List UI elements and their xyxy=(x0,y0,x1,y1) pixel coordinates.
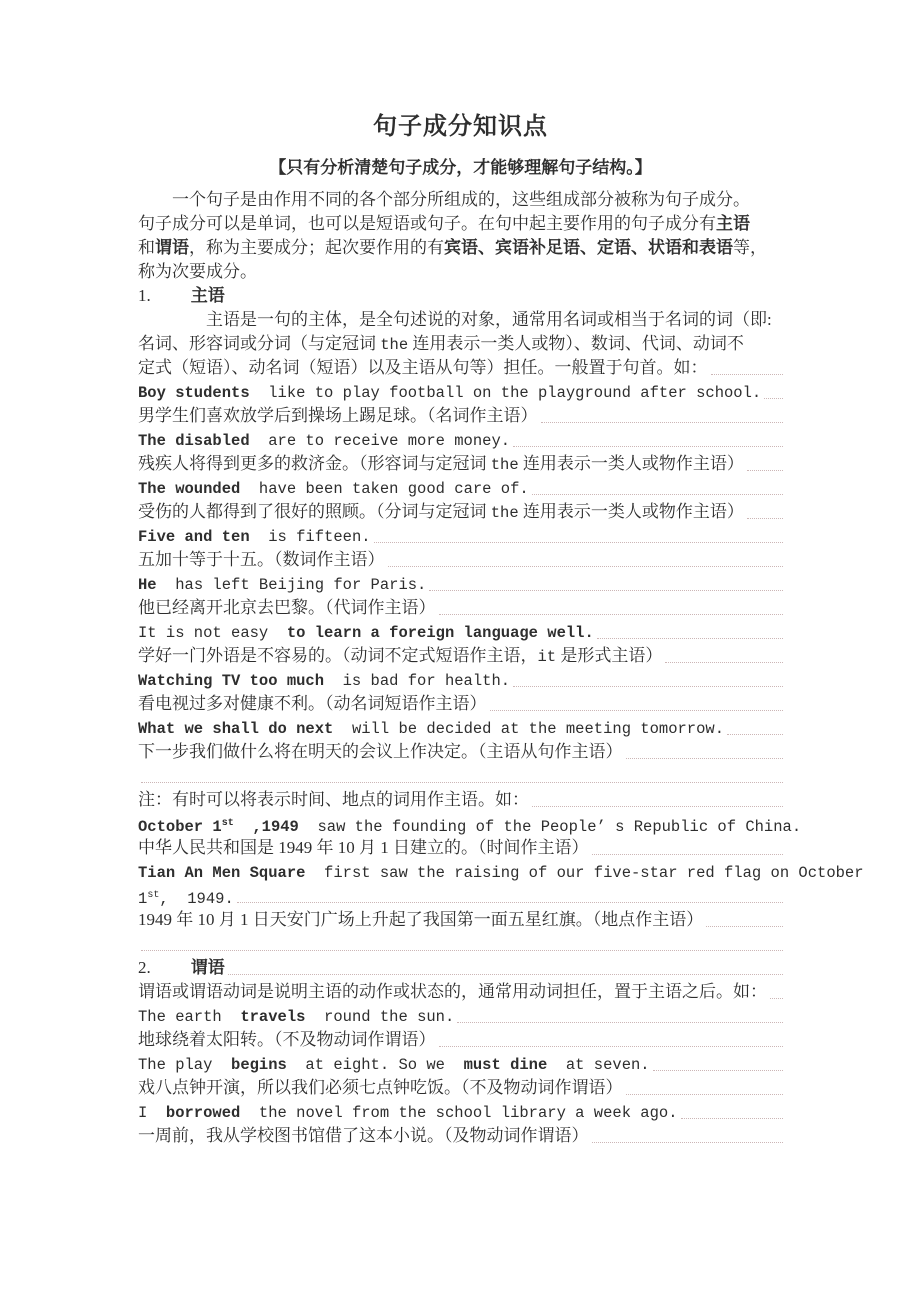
text-run: will be decided at the meeting tomorrow. xyxy=(333,720,724,738)
line-text: I borrowed the novel from the school lib… xyxy=(138,1100,678,1124)
document-page: 句子成分知识点【只有分析清楚句子成分，才能够理解句子结构。】一个句子是由作用不同… xyxy=(0,0,920,1302)
text-run: 注：有时可以将表示时间、地点的词用作主语。如： xyxy=(138,790,529,809)
text-run: , 1949. xyxy=(159,890,233,908)
line-text: 和谓语，称为主要成分；起次要作用的有宾语、宾语补足语、定语、状语和表语等， xyxy=(138,236,767,260)
text-run: 受伤的人都得到了很好的照顾。（分词与定冠词 xyxy=(138,502,491,521)
text-run: borrowed xyxy=(166,1104,240,1122)
text-run: begins xyxy=(231,1056,287,1074)
intro-paragraph-line: 句子成分可以是单词，也可以是短语或句子。在句中起主要作用的句子成分有主语 xyxy=(138,212,783,236)
translation-line: 地球绕着太阳转。（不及物动词作谓语） xyxy=(138,1028,783,1052)
text-run: 名词、形容词或分词（与定冠词 xyxy=(138,334,380,353)
line-text: 一周前，我从学校图书馆借了这本小说。（及物动词作谓语） xyxy=(138,1124,589,1148)
line-text: 1st, 1949. xyxy=(138,884,234,908)
intro-paragraph-line: 和谓语，称为主要成分；起次要作用的有宾语、宾语补足语、定语、状语和表语等， xyxy=(138,236,783,260)
text-run: is bad for health. xyxy=(324,672,510,690)
text-run: 谓语或谓语动词是说明主语的动作或状态的，通常用动词担任，置于主语之后。如： xyxy=(138,982,767,1001)
line-text: 学好一门外语是不容易的。（动词不定式短语作主语，it 是形式主语） xyxy=(138,644,662,668)
text-run: 戏八点钟开演，所以我们必须七点钟吃饭。（不及物动词作谓语） xyxy=(138,1078,623,1097)
text-run: round the sun. xyxy=(305,1008,454,1026)
text-run: 主语是一句的主体，是全句述说的对象，通常用名词或相当于名词的词（即: xyxy=(206,310,772,329)
text-run: 和 xyxy=(138,238,155,257)
dotted-underline xyxy=(727,734,783,735)
dotted-underline xyxy=(747,518,783,519)
definition-line: 名词、形容词或分词（与定冠词 the 连用表示一类人或物）、数词、代词、动词不 xyxy=(138,332,783,356)
text-run: The disabled xyxy=(138,432,250,450)
text-run: 连用表示一类人或物作主语） xyxy=(519,454,744,473)
dotted-underline xyxy=(541,422,784,423)
text-run: st xyxy=(147,890,159,901)
line-text: 五加十等于十五。（数词作主语） xyxy=(138,548,385,572)
dotted-underline xyxy=(429,590,783,591)
text-run: 主语 xyxy=(191,286,225,305)
text-run: ，称为主要成分；起次要作用的有 xyxy=(189,238,444,257)
intro-paragraph-line: 称为次要成分。 xyxy=(138,260,783,284)
text-run: He xyxy=(138,576,157,594)
line-text: 受伤的人都得到了很好的照顾。（分词与定冠词 the 连用表示一类人或物作主语） xyxy=(138,500,744,524)
line-text: 地球绕着太阳转。（不及物动词作谓语） xyxy=(138,1028,436,1052)
dotted-underline xyxy=(665,662,783,663)
text-run: have been taken good care of. xyxy=(240,480,528,498)
line-text: 看电视过多对健康不利。（动名词短语作主语） xyxy=(138,692,487,716)
dotted-underline xyxy=(747,470,783,471)
text-run: 看电视过多对健康不利。（动名词短语作主语） xyxy=(138,694,487,713)
example-sentence: Tian An Men Square first saw the raising… xyxy=(138,860,783,884)
dotted-underline xyxy=(681,1118,784,1119)
text-run: 定式（短语）、动名词（短语）以及主语从句等）担任。一般置于句首。如： xyxy=(138,358,708,377)
line-text: 称为次要成分。 xyxy=(138,260,257,284)
translation-line: 残疾人将得到更多的救济金。（形容词与定冠词 the 连用表示一类人或物作主语） xyxy=(138,452,783,476)
line-text: 句子成分可以是单词，也可以是短语或句子。在句中起主要作用的句子成分有主语 xyxy=(138,212,750,236)
line-text: October 1st ,1949 saw the founding of th… xyxy=(138,812,801,836)
example-sentence: The wounded have been taken good care of… xyxy=(138,476,783,500)
line-text: 2. 谓语 xyxy=(138,956,225,980)
line-text: Boy students like to play football on th… xyxy=(138,380,761,404)
dotted-underline xyxy=(141,782,783,783)
line-text: The wounded have been taken good care of… xyxy=(138,476,529,500)
translation-line: 他已经离开北京去巴黎。（代词作主语） xyxy=(138,596,783,620)
dotted-underline xyxy=(592,1142,784,1143)
dotted-underline xyxy=(513,446,783,447)
line-text: 一个句子是由作用不同的各个部分所组成的，这些组成部分被称为句子成分。 xyxy=(138,188,750,212)
dotted-underline xyxy=(597,638,783,639)
line-text: 下一步我们做什么将在明天的会议上作决定。（主语从句作主语） xyxy=(138,740,623,764)
example-sentence: Watching TV too much is bad for health. xyxy=(138,668,783,692)
translation-line: 下一步我们做什么将在明天的会议上作决定。（主语从句作主语） xyxy=(138,740,783,764)
example-sentence: He has left Beijing for Paris. xyxy=(138,572,783,596)
text-run: 等， xyxy=(733,238,767,257)
text-run: has left Beijing for Paris. xyxy=(157,576,427,594)
text-run: 1949 年 10 月 1 日天安门广场上升起了我国第一面五星红旗。（地点作主语… xyxy=(138,910,703,929)
dotted-underline xyxy=(626,758,784,759)
text-run: 连用表示一类人或物）、数词、代词、动词不 xyxy=(408,334,744,353)
text-run: are to receive more money. xyxy=(250,432,510,450)
text-run: it xyxy=(538,648,557,666)
line-text: 名词、形容词或分词（与定冠词 the 连用表示一类人或物）、数词、代词、动词不 xyxy=(138,332,744,356)
text-run: travels xyxy=(240,1008,305,1026)
text-run: What we shall do next xyxy=(138,720,333,738)
section-2-heading: 2. 谓语 xyxy=(138,956,783,980)
text-run: 残疾人将得到更多的救济金。（形容词与定冠词 xyxy=(138,454,491,473)
translation-line: 中华人民共和国是 1949 年 10 月 1 日建立的。（时间作主语） xyxy=(138,836,783,860)
example-sentence: 1st, 1949. xyxy=(138,884,783,908)
text-run: 句子成分知识点 xyxy=(373,113,548,140)
intro-paragraph-line: 一个句子是由作用不同的各个部分所组成的，这些组成部分被称为句子成分。 xyxy=(138,188,783,212)
translation-line: 看电视过多对健康不利。（动名词短语作主语） xyxy=(138,692,783,716)
definition-line: 主语是一句的主体，是全句述说的对象，通常用名词或相当于名词的词（即: xyxy=(138,308,783,332)
dotted-underline xyxy=(764,398,783,399)
document-body: 句子成分知识点【只有分析清楚句子成分，才能够理解句子结构。】一个句子是由作用不同… xyxy=(138,106,783,1148)
dotted-underline xyxy=(711,374,784,375)
text-run: 五加十等于十五。（数词作主语） xyxy=(138,550,385,569)
blank-line xyxy=(138,932,783,956)
dotted-underline xyxy=(626,1094,784,1095)
text-run: the xyxy=(380,336,408,354)
dotted-underline xyxy=(532,494,783,495)
text-run: 称为次要成分。 xyxy=(138,262,257,281)
text-run: 他已经离开北京去巴黎。（代词作主语） xyxy=(138,598,436,617)
translation-line: 学好一门外语是不容易的。（动词不定式短语作主语，it 是形式主语） xyxy=(138,644,783,668)
text-run: to learn a foreign language well. xyxy=(287,624,594,642)
text-run: 学好一门外语是不容易的。（动词不定式短语作主语， xyxy=(138,646,538,665)
text-run: Five and ten xyxy=(138,528,250,546)
text-run: 连用表示一类人或物作主语） xyxy=(519,502,744,521)
line-text: The play begins at eight. So we must din… xyxy=(138,1052,650,1076)
line-text: Watching TV too much is bad for health. xyxy=(138,668,510,692)
line-text: What we shall do next will be decided at… xyxy=(138,716,724,740)
dotted-underline xyxy=(532,806,783,807)
dotted-underline xyxy=(706,926,783,927)
line-text: 1. 主语 xyxy=(138,284,225,308)
blank-line xyxy=(138,764,783,788)
dotted-underline xyxy=(513,686,783,687)
line-text: It is not easy to learn a foreign langua… xyxy=(138,620,594,644)
dotted-underline xyxy=(490,710,784,711)
tab-spacer xyxy=(151,284,191,308)
line-text: 他已经离开北京去巴黎。（代词作主语） xyxy=(138,596,436,620)
text-run: must dine xyxy=(464,1056,548,1074)
text-run: Boy students xyxy=(138,384,250,402)
text-run: 主语 xyxy=(716,214,750,233)
text-run: 2. xyxy=(138,958,151,977)
dotted-underline xyxy=(237,902,783,903)
dotted-underline xyxy=(592,854,784,855)
line-text: The earth travels round the sun. xyxy=(138,1004,454,1028)
text-run: is fifteen. xyxy=(250,528,371,546)
line-text: 主语是一句的主体，是全句述说的对象，通常用名词或相当于名词的词（即: xyxy=(138,308,772,332)
example-sentence: The disabled are to receive more money. xyxy=(138,428,783,452)
translation-line: 男学生们喜欢放学后到操场上踢足球。（名词作主语） xyxy=(138,404,783,428)
line-text: 注：有时可以将表示时间、地点的词用作主语。如： xyxy=(138,788,529,812)
definition-line: 谓语或谓语动词是说明主语的动作或状态的，通常用动词担任，置于主语之后。如： xyxy=(138,980,783,1004)
dotted-underline xyxy=(141,950,783,951)
dotted-underline xyxy=(457,1022,783,1023)
note-line: 注：有时可以将表示时间、地点的词用作主语。如： xyxy=(138,788,783,812)
text-run: It is not easy xyxy=(138,624,287,642)
text-run: 地球绕着太阳转。（不及物动词作谓语） xyxy=(138,1030,436,1049)
text-run: 谓语 xyxy=(191,958,225,977)
text-run: 1. xyxy=(138,286,151,305)
text-run: I xyxy=(138,1104,166,1122)
line-text: He has left Beijing for Paris. xyxy=(138,572,426,596)
translation-line: 五加十等于十五。（数词作主语） xyxy=(138,548,783,572)
text-run: like to play football on the playground … xyxy=(250,384,762,402)
text-run: 谓语 xyxy=(155,238,189,257)
translation-line: 1949 年 10 月 1 日天安门广场上升起了我国第一面五星红旗。（地点作主语… xyxy=(138,908,783,932)
text-run: 一个句子是由作用不同的各个部分所组成的，这些组成部分被称为句子成分。 xyxy=(172,190,750,209)
example-sentence: Five and ten is fifteen. xyxy=(138,524,783,548)
text-run: October 1 xyxy=(138,818,222,836)
line-text: 定式（短语）、动名词（短语）以及主语从句等）担任。一般置于句首。如： xyxy=(138,356,708,380)
line-text: 中华人民共和国是 1949 年 10 月 1 日建立的。（时间作主语） xyxy=(138,836,589,860)
example-sentence: Boy students like to play football on th… xyxy=(138,380,783,404)
dotted-underline xyxy=(653,1070,783,1071)
dotted-underline xyxy=(228,974,783,975)
text-run: 【只有分析清楚句子成分，才能够理解句子结构。】 xyxy=(269,158,652,177)
line-text: 男学生们喜欢放学后到操场上踢足球。（名词作主语） xyxy=(138,404,538,428)
text-run: 句子成分可以是单词，也可以是短语或句子。在句中起主要作用的句子成分有 xyxy=(138,214,716,233)
dotted-underline xyxy=(374,542,783,543)
line-text: 残疾人将得到更多的救济金。（形容词与定冠词 the 连用表示一类人或物作主语） xyxy=(138,452,744,476)
text-run: 中华人民共和国是 1949 年 10 月 1 日建立的。（时间作主语） xyxy=(138,838,589,857)
text-run: the xyxy=(491,504,519,522)
text-run: at eight. So we xyxy=(287,1056,464,1074)
example-sentence: October 1st ,1949 saw the founding of th… xyxy=(138,812,783,836)
example-sentence: The earth travels round the sun. xyxy=(138,1004,783,1028)
dotted-underline xyxy=(439,1046,784,1047)
dotted-underline xyxy=(388,566,784,567)
line-text: Tian An Men Square first saw the raising… xyxy=(138,860,864,884)
translation-line: 一周前，我从学校图书馆借了这本小说。（及物动词作谓语） xyxy=(138,1124,783,1148)
example-sentence: The play begins at eight. So we must din… xyxy=(138,1052,783,1076)
text-run: The play xyxy=(138,1056,231,1074)
text-run: the xyxy=(491,456,519,474)
definition-line: 定式（短语）、动名词（短语）以及主语从句等）担任。一般置于句首。如： xyxy=(138,356,783,380)
document-title: 句子成分知识点 xyxy=(138,106,783,148)
text-run: first saw the raising of our five-star r… xyxy=(305,864,863,882)
line-text: 句子成分知识点 xyxy=(373,106,548,148)
line-text: 1949 年 10 月 1 日天安门广场上升起了我国第一面五星红旗。（地点作主语… xyxy=(138,908,703,932)
tab-spacer xyxy=(151,956,191,980)
text-run: 一周前，我从学校图书馆借了这本小说。（及物动词作谓语） xyxy=(138,1126,589,1145)
section-1-heading: 1. 主语 xyxy=(138,284,783,308)
line-text: The disabled are to receive more money. xyxy=(138,428,510,452)
example-sentence: I borrowed the novel from the school lib… xyxy=(138,1100,783,1124)
line-text: 【只有分析清楚句子成分，才能够理解句子结构。】 xyxy=(269,148,652,188)
text-run: 宾语、宾语补足语、定语、状语和表语 xyxy=(444,238,733,257)
dotted-underline xyxy=(770,998,783,999)
translation-line: 戏八点钟开演，所以我们必须七点钟吃饭。（不及物动词作谓语） xyxy=(138,1076,783,1100)
text-run: Watching TV too much xyxy=(138,672,324,690)
line-text: 谓语或谓语动词是说明主语的动作或状态的，通常用动词担任，置于主语之后。如： xyxy=(138,980,767,1004)
line-text: 戏八点钟开演，所以我们必须七点钟吃饭。（不及物动词作谓语） xyxy=(138,1076,623,1100)
example-sentence: It is not easy to learn a foreign langua… xyxy=(138,620,783,644)
text-run: 1 xyxy=(138,890,147,908)
text-run: The earth xyxy=(138,1008,240,1026)
translation-line: 受伤的人都得到了很好的照顾。（分词与定冠词 the 连用表示一类人或物作主语） xyxy=(138,500,783,524)
text-run: at seven. xyxy=(547,1056,649,1074)
text-run: Tian An Men Square xyxy=(138,864,305,882)
example-sentence: What we shall do next will be decided at… xyxy=(138,716,783,740)
text-run: the novel from the school library a week… xyxy=(240,1104,677,1122)
text-run: The wounded xyxy=(138,480,240,498)
text-run: saw the founding of the People’ s Republ… xyxy=(299,818,801,836)
text-run: 下一步我们做什么将在明天的会议上作决定。（主语从句作主语） xyxy=(138,742,623,761)
text-run: 男学生们喜欢放学后到操场上踢足球。（名词作主语） xyxy=(138,406,538,425)
text-run: ,1949 xyxy=(234,818,299,836)
line-text: Five and ten is fifteen. xyxy=(138,524,371,548)
text-run: st xyxy=(222,818,234,829)
document-subtitle: 【只有分析清楚句子成分，才能够理解句子结构。】 xyxy=(138,148,783,188)
text-run: 是形式主语） xyxy=(556,646,662,665)
dotted-underline xyxy=(439,614,784,615)
